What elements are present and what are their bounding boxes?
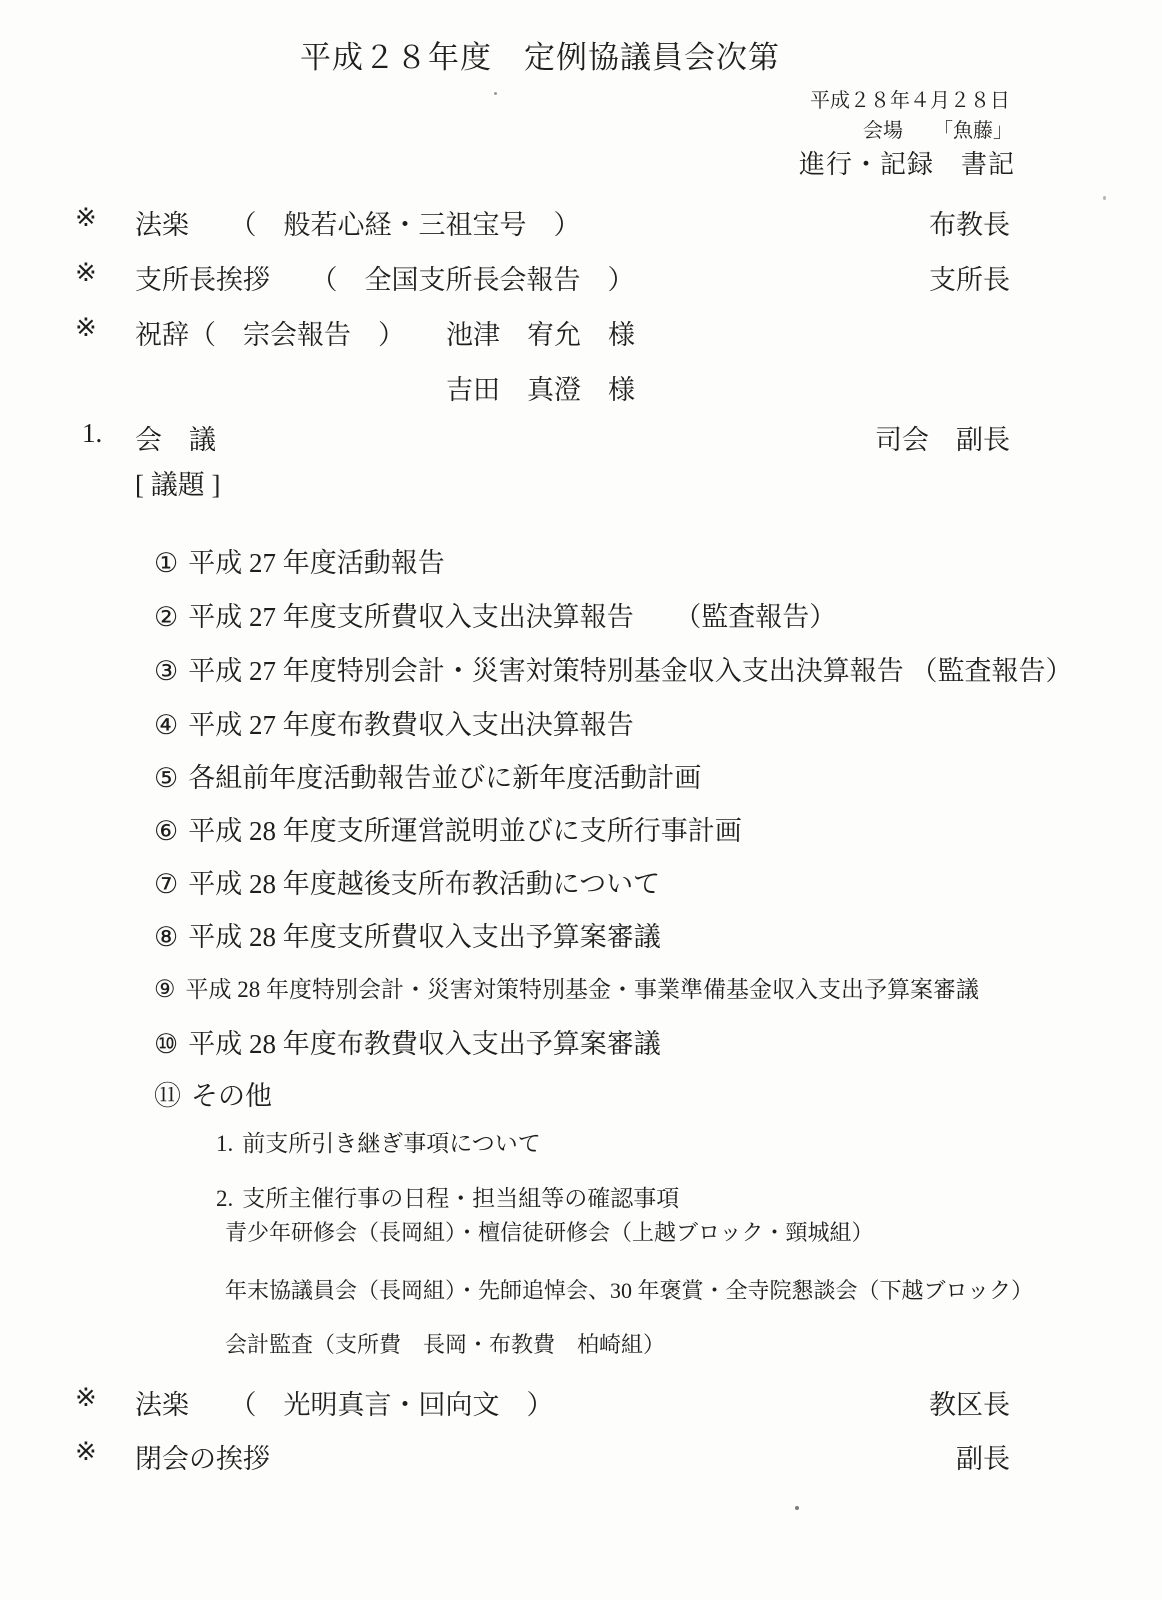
reference-mark-icon: ※ <box>75 313 97 343</box>
scan-artifact-dot <box>494 92 497 95</box>
agenda-number: ⑤ <box>154 763 178 793</box>
venue-line: 会場 「魚藤」 <box>863 120 1013 143</box>
agenda-number: ⑩ <box>154 1029 178 1059</box>
agenda-number: ⑧ <box>154 922 178 952</box>
scan-artifact-dot <box>1103 196 1106 200</box>
agenda-text: 平成 27 年度布教費収入支出決算報告 <box>188 710 634 740</box>
detail-line: 会計監査（支所費 長岡・布教費 柏崎組） <box>225 1332 665 1357</box>
agenda-number: ⑪ <box>154 1081 181 1111</box>
item-text: 法楽 （ 光明真言・回向文 ） <box>135 1383 554 1422</box>
sub-item-text: 前支所引き継ぎ事項について <box>242 1131 541 1156</box>
opening-row-shukuji: ※ 祝辞（ 宗会報告 ） 池津 宥允 様 <box>0 313 1162 347</box>
closing-row-heikai: ※ 閉会の挨拶 副長 <box>0 1437 1162 1471</box>
role-text: 副長 <box>956 1437 1010 1476</box>
agenda-number: ⑥ <box>154 816 178 846</box>
opening-row-guest2: 吉田 真澄 様 <box>0 368 1162 402</box>
item-text: 祝辞（ 宗会報告 ） <box>135 313 405 352</box>
detail-line: 青少年研修会（長岡組）・檀信徒研修会（上越ブロック・頸城組） <box>225 1220 874 1245</box>
scanned-agenda-document: 平成２８年度 定例協議員会次第 平成２８年４月２８日 会場 「魚藤」 進行・記録… <box>0 0 1162 1600</box>
sub-item-text: 支所主催行事の日程・担当組等の確認事項 <box>242 1186 679 1211</box>
sub-item: 1.前支所引き継ぎ事項について <box>200 1113 541 1176</box>
closing-row-horaku: ※ 法楽 （ 光明真言・回向文 ） 教区長 <box>0 1383 1162 1417</box>
reference-mark-icon: ※ <box>75 258 97 288</box>
agenda-text: 平成 28 年度布教費収入支出予算案審議 <box>188 1029 661 1059</box>
scan-artifact-dot <box>795 1506 799 1510</box>
reference-mark-icon: ※ <box>75 203 97 233</box>
reference-mark-icon: ※ <box>75 1437 97 1467</box>
section-title: 会 議 <box>135 418 216 457</box>
detail-line: 年末協議員会（長岡組）・先師追悼会、30 年褒賞・全寺院懇談会（下越ブロック） <box>225 1278 1033 1303</box>
agenda-number: ⑦ <box>154 869 178 899</box>
sub-item-number: 1. <box>216 1131 233 1156</box>
meeting-date: 平成２８年４月２８日 <box>810 90 1010 113</box>
item-text: 法楽 （ 般若心経・三祖宝号 ） <box>135 203 581 242</box>
opening-row-greeting: ※ 支所長挨拶 （ 全国支所長会報告 ） 支所長 <box>0 258 1162 292</box>
facilitator-line: 進行・記録 書記 <box>799 150 1015 180</box>
agenda-text: 平成 28 年度越後支所布教活動について <box>188 869 660 899</box>
agenda-text: 平成 28 年度特別会計・災害対策特別基金・事業準備基金収入支出予算案審議 <box>186 977 980 1002</box>
agenda-text: 平成 28 年度支所運営説明並びに支所行事計画 <box>188 816 742 846</box>
item-text: 支所長挨拶 （ 全国支所長会報告 ） <box>135 258 635 297</box>
agenda-text: 平成 27 年度特別会計・災害対策特別基金収入支出決算報告 （監査報告） <box>188 656 1072 686</box>
page-title: 平成２８年度 定例協議員会次第 <box>300 40 780 76</box>
section-number: 1. <box>82 418 102 449</box>
agenda-number: ④ <box>154 710 178 740</box>
guest-name: 池津 宥允 様 <box>446 313 635 352</box>
agenda-number: ① <box>154 548 178 578</box>
item-text: 閉会の挨拶 <box>135 1437 270 1476</box>
agenda-text: 各組前年度活動報告並びに新年度活動計画 <box>188 763 701 793</box>
agenda-text: 平成 27 年度支所費収入支出決算報告 （監査報告） <box>188 602 836 632</box>
sub-item-number: 2. <box>216 1186 233 1211</box>
agenda-number: ② <box>154 602 178 632</box>
meeting-heading-row: 1. 会 議 司会 副長 <box>0 418 1162 452</box>
agenda-text: 平成 28 年度支所費収入支出予算案審議 <box>188 922 661 952</box>
role-text: 教区長 <box>929 1383 1010 1422</box>
agenda-text: その他 <box>191 1081 272 1111</box>
agenda-number: ⑨ <box>154 977 176 1003</box>
role-text: 司会 副長 <box>875 418 1010 457</box>
opening-row-horaku: ※ 法楽 （ 般若心経・三祖宝号 ） 布教長 <box>0 203 1162 237</box>
role-text: 布教長 <box>929 203 1010 242</box>
agenda-text: 平成 27 年度活動報告 <box>188 548 445 578</box>
reference-mark-icon: ※ <box>75 1383 97 1413</box>
guest-name: 吉田 真澄 様 <box>446 368 635 407</box>
agenda-header: [ 議題 ] <box>135 470 220 501</box>
agenda-number: ③ <box>154 656 178 686</box>
role-text: 支所長 <box>929 258 1010 297</box>
